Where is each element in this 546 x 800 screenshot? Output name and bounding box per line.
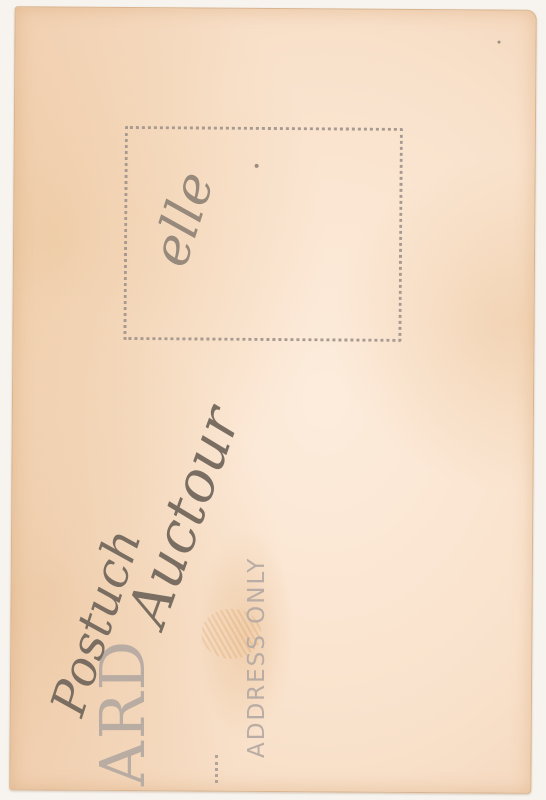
photo-stage: ARD ADDRESS ONLY Postuch Auctour elle — [0, 0, 546, 800]
address-only-label: ADDRESS ONLY — [244, 557, 270, 758]
divider-dots — [215, 755, 221, 783]
ink-speck — [255, 164, 259, 168]
ink-speck — [497, 41, 500, 44]
